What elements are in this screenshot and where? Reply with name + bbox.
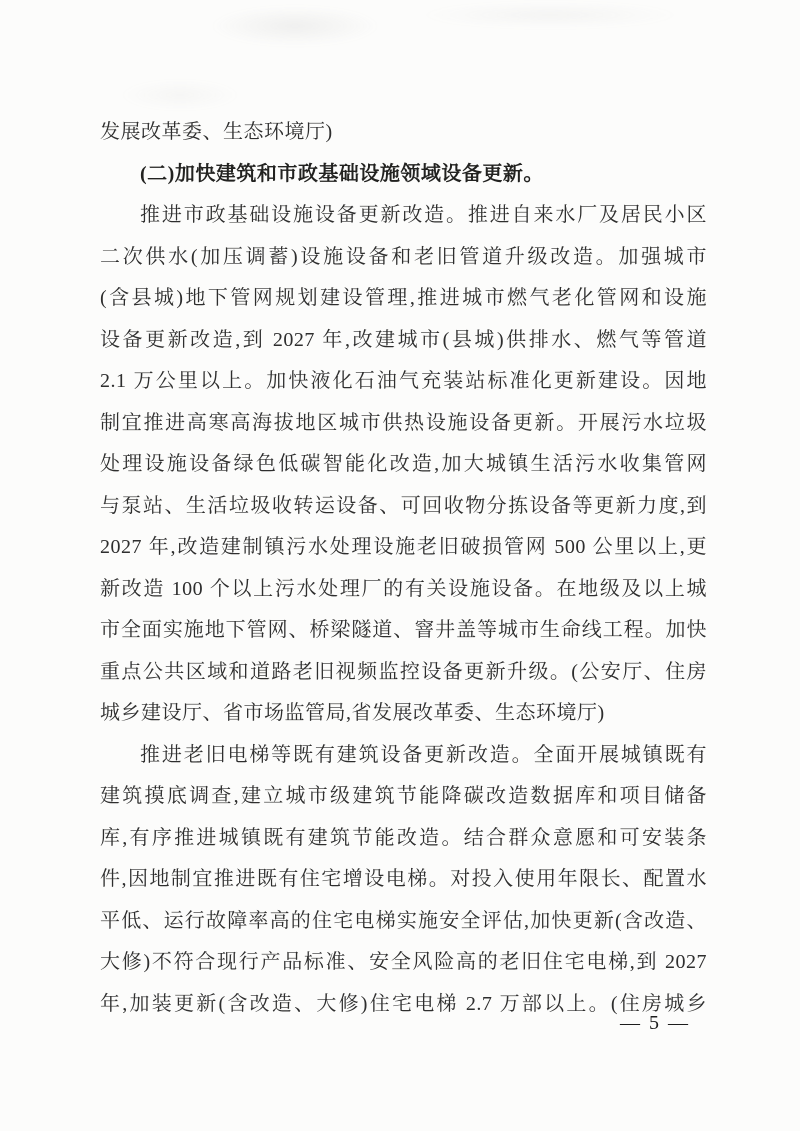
- text-line: 制宜推进高寒高海拔地区城市供热设施设备更新。开展污水垃圾: [100, 403, 707, 445]
- page-number: — 5 —: [620, 1008, 690, 1038]
- text-line: 城乡建设厅、省市场监管局,省发展改革委、生态环境厅): [100, 693, 707, 735]
- text-line: 处理设施设备绿色低碳智能化改造,加大城镇生活污水收集管网: [100, 444, 707, 486]
- scan-smudge: [420, 2, 680, 28]
- text-line: 新改造 100 个以上污水处理厂的有关设施设备。在地级及以上城: [100, 569, 707, 611]
- text-line: 2.1 万公里以上。加快液化石油气充装站标准化更新建设。因地: [100, 361, 707, 403]
- text-line: 平低、运行故障率高的住宅电梯实施安全评估,加快更新(含改造、: [100, 901, 707, 943]
- text-line: 设备更新改造,到 2027 年,改建城市(县城)供排水、燃气等管道: [100, 320, 707, 362]
- text-line: 二次供水(加压调蓄)设施设备和老旧管道升级改造。加强城市: [100, 237, 707, 279]
- text-line: (含县城)地下管网规划建设管理,推进城市燃气老化管网和设施: [100, 278, 707, 320]
- text-line: 与泵站、生活垃圾收转运设备、可回收物分拣设备等更新力度,到: [100, 486, 707, 528]
- text-line: 市全面实施地下管网、桥梁隧道、窨井盖等城市生命线工程。加快: [100, 610, 707, 652]
- text-line: 推进老旧电梯等既有建筑设备更新改造。全面开展城镇既有: [100, 735, 707, 777]
- text-line: 库,有序推进城镇既有建筑节能改造。结合群众意愿和可安装条: [100, 818, 707, 860]
- text-line: 件,因地制宜推进既有住宅增设电梯。对投入使用年限长、配置水: [100, 859, 707, 901]
- text-line: 重点公共区域和道路老旧视频监控设备更新升级。(公安厅、住房: [100, 652, 707, 694]
- text-line: 2027 年,改造建制镇污水处理设施老旧破损管网 500 公里以上,更: [100, 527, 707, 569]
- document-page: 发展改革委、生态环境厅)(二)加快建筑和市政基础设施领域设备更新。推进市政基础设…: [0, 0, 800, 1131]
- section-heading: (二)加快建筑和市政基础设施领域设备更新。: [100, 154, 707, 196]
- scan-smudge: [120, 80, 240, 110]
- text-line: 建筑摸底调查,建立城市级建筑节能降碳改造数据库和项目储备: [100, 776, 707, 818]
- scan-smudge: [210, 6, 380, 46]
- text-line: 推进市政基础设施设备更新改造。推进自来水厂及居民小区: [100, 195, 707, 237]
- text-line: 发展改革委、生态环境厅): [100, 112, 707, 154]
- text-line: 年,加装更新(含改造、大修)住宅电梯 2.7 万部以上。(住房城乡: [100, 984, 707, 1026]
- body-text: 发展改革委、生态环境厅)(二)加快建筑和市政基础设施领域设备更新。推进市政基础设…: [100, 112, 707, 1025]
- text-line: 大修)不符合现行产品标准、安全风险高的老旧住宅电梯,到 2027: [100, 942, 707, 984]
